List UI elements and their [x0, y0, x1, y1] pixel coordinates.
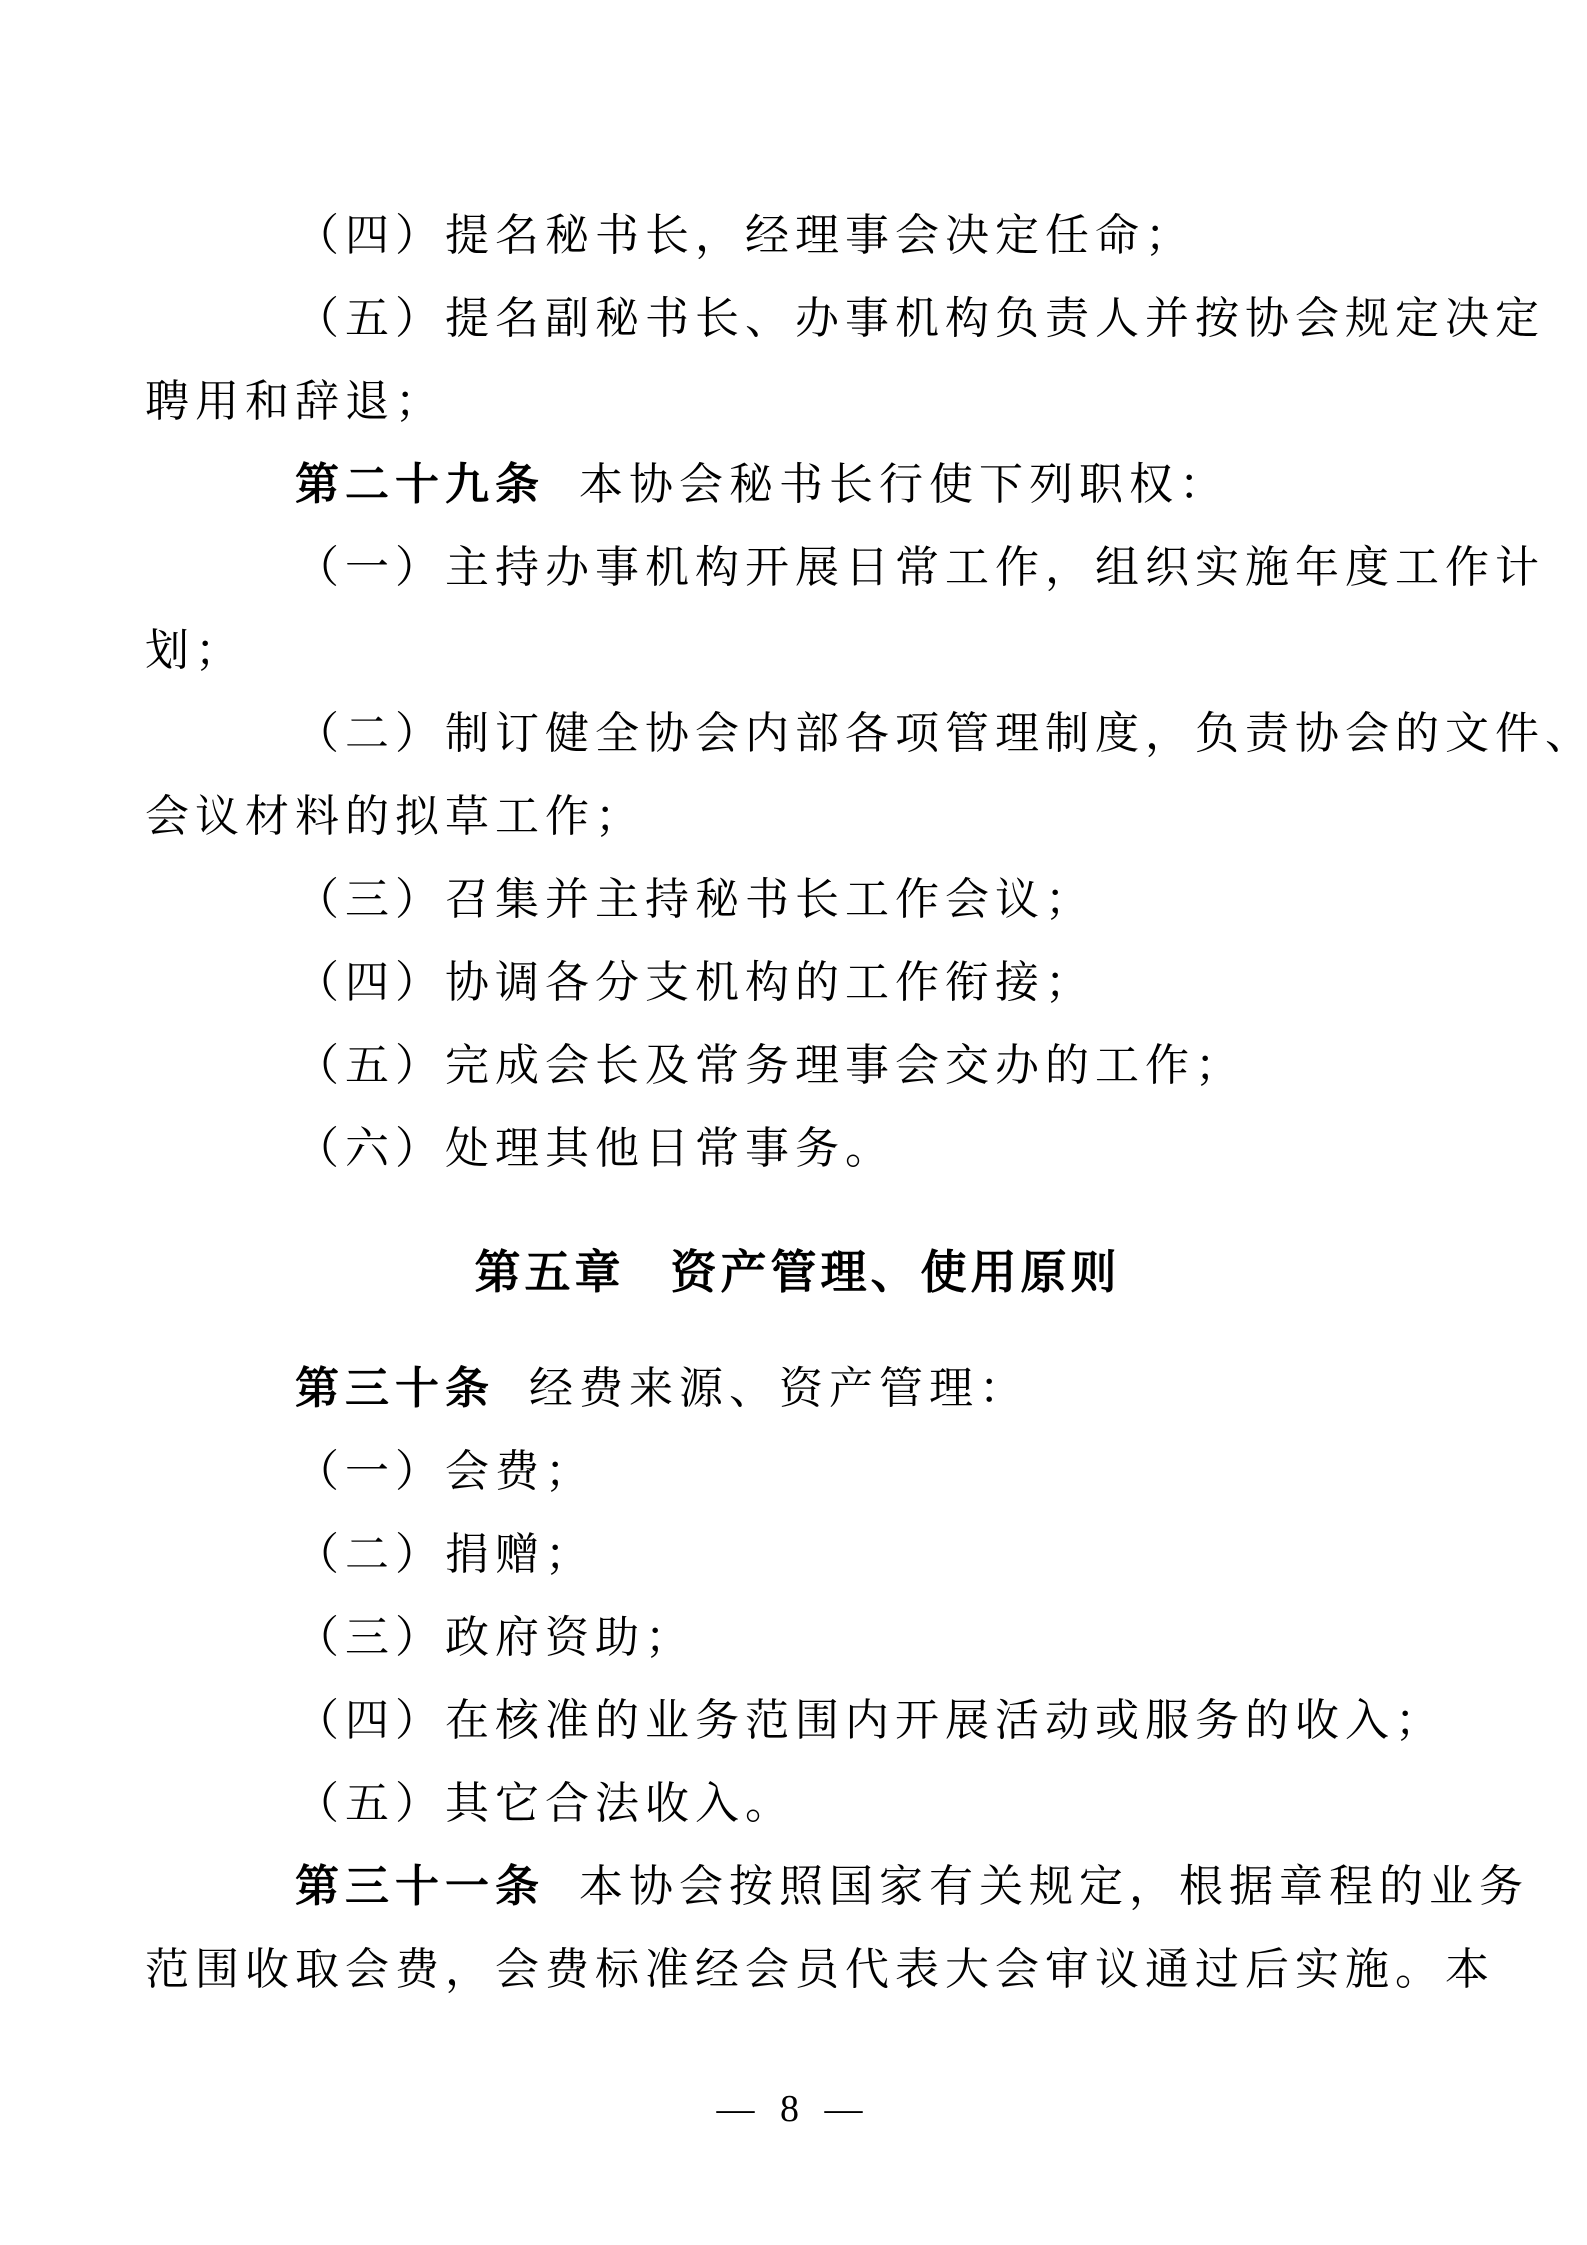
article-number-label: 第二十九条 — [295, 460, 545, 509]
text-line: （二）捐赠； — [145, 1513, 1450, 1596]
text-line: （五）其它合法收入。 — [145, 1762, 1450, 1845]
text-line: （四）提名秘书长，经理事会决定任命； — [145, 194, 1450, 277]
document-page: （四）提名秘书长，经理事会决定任命； （五）提名副秘书长、办事机构负责人并按协会… — [0, 0, 1587, 2245]
page-number: — 8 — — [0, 2084, 1587, 2134]
line-text: （三）政府资助； — [295, 1613, 695, 1662]
article-29-line: 第二十九条本协会秘书长行使下列职权： — [145, 443, 1450, 526]
line-text: （五）提名副秘书长、办事机构负责人并按协会规定决定 — [295, 294, 1545, 343]
article-number-label: 第三十一条 — [295, 1862, 545, 1911]
line-text: （一）主持办事机构开展日常工作，组织实施年度工作计 — [295, 543, 1545, 592]
line-text: 本协会秘书长行使下列职权： — [579, 460, 1229, 509]
text-line: （五）提名副秘书长、办事机构负责人并按协会规定决定 — [145, 277, 1450, 360]
line-text: （四）提名秘书长，经理事会决定任命； — [295, 211, 1195, 260]
text-line: （二）制订健全协会内部各项管理制度，负责协会的文件、 — [145, 692, 1450, 775]
line-text: （五）其它合法收入。 — [295, 1779, 795, 1828]
line-text: （一）会费； — [295, 1447, 595, 1496]
line-text: 聘用和辞退； — [145, 377, 445, 426]
article-31-line: 第三十一条本协会按照国家有关规定，根据章程的业务 — [145, 1845, 1450, 1928]
line-text: 划； — [145, 626, 245, 675]
line-text: （六）处理其他日常事务。 — [295, 1124, 895, 1173]
text-line: 聘用和辞退； — [145, 360, 1450, 443]
line-text: 范围收取会费，会费标准经会员代表大会审议通过后实施。本 — [145, 1945, 1495, 1994]
text-line: （六）处理其他日常事务。 — [145, 1107, 1450, 1190]
chapter-title: 资产管理、使用原则 — [671, 1246, 1121, 1298]
text-line: 会议材料的拟草工作； — [145, 775, 1450, 858]
line-text: （三）召集并主持秘书长工作会议； — [295, 875, 1095, 924]
text-line: （四）协调各分支机构的工作衔接； — [145, 941, 1450, 1024]
text-line: （三）政府资助； — [145, 1596, 1450, 1679]
line-text: 会议材料的拟草工作； — [145, 792, 645, 841]
line-text: （四）协调各分支机构的工作衔接； — [295, 958, 1095, 1007]
text-line: 范围收取会费，会费标准经会员代表大会审议通过后实施。本 — [145, 1928, 1450, 2011]
text-line: 划； — [145, 609, 1450, 692]
text-line: （三）召集并主持秘书长工作会议； — [145, 858, 1450, 941]
text-line: （五）完成会长及常务理事会交办的工作； — [145, 1024, 1450, 1107]
text-line: （一）主持办事机构开展日常工作，组织实施年度工作计 — [145, 526, 1450, 609]
document-body: （四）提名秘书长，经理事会决定任命； （五）提名副秘书长、办事机构负责人并按协会… — [145, 194, 1450, 2011]
line-text: 经费来源、资产管理： — [529, 1364, 1029, 1413]
line-text: （五）完成会长及常务理事会交办的工作； — [295, 1041, 1245, 1090]
line-text: 本协会按照国家有关规定，根据章程的业务 — [579, 1862, 1529, 1911]
line-text: （二）捐赠； — [295, 1530, 595, 1579]
chapter-heading: 第五章资产管理、使用原则 — [145, 1231, 1450, 1314]
article-number-label: 第三十条 — [295, 1364, 495, 1413]
line-text: （四）在核准的业务范围内开展活动或服务的收入； — [295, 1696, 1445, 1745]
chapter-number: 第五章 — [475, 1246, 625, 1298]
line-text: （二）制订健全协会内部各项管理制度，负责协会的文件、 — [295, 709, 1587, 758]
text-line: （四）在核准的业务范围内开展活动或服务的收入； — [145, 1679, 1450, 1762]
article-30-line: 第三十条经费来源、资产管理： — [145, 1347, 1450, 1430]
text-line: （一）会费； — [145, 1430, 1450, 1513]
